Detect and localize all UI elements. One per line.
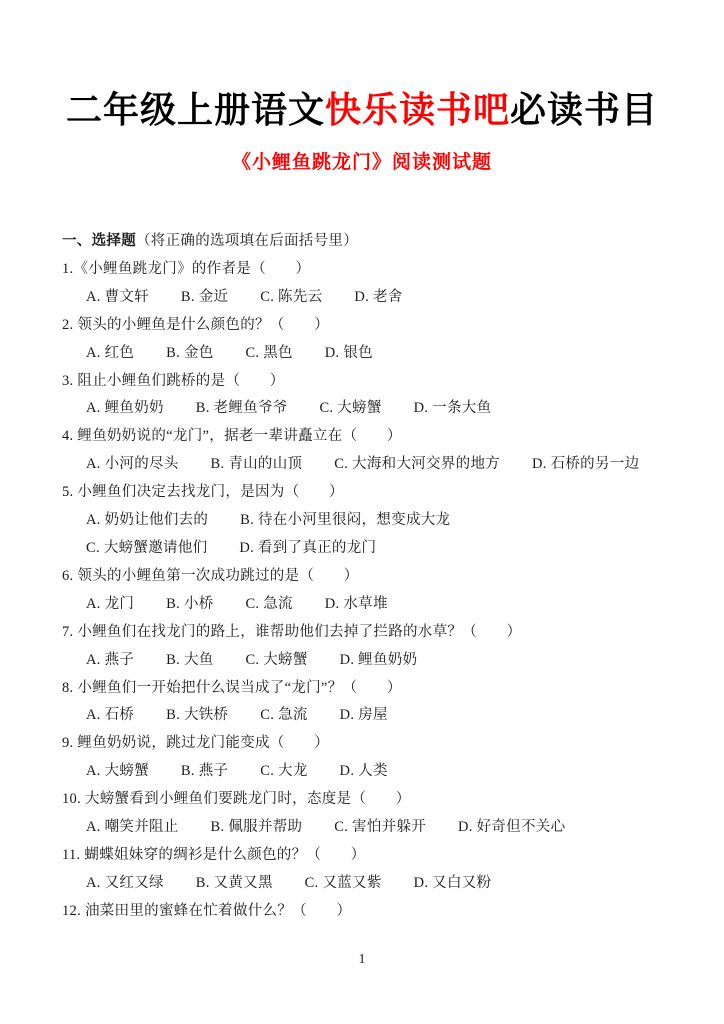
- option: D. 看到了真正的龙门: [239, 540, 376, 556]
- option: C. 大螃蟹邀请他们: [86, 540, 207, 556]
- document-title: 二年级上册语文快乐读书吧必读书目: [0, 0, 724, 130]
- option: B. 大铁桥: [166, 707, 228, 723]
- option: A. 鲤鱼奶奶: [86, 400, 164, 416]
- option: C. 陈先云: [260, 289, 322, 305]
- option: A. 龙门: [86, 596, 134, 612]
- option: D. 鲤鱼奶奶: [340, 652, 418, 668]
- question-text: 8. 小鲤鱼们一开始把什么误当成了“龙门”？（ ）: [62, 675, 684, 703]
- option: B. 金近: [181, 289, 228, 305]
- option: C. 黑色: [245, 345, 292, 361]
- option-line: C. 大螃蟹邀请他们D. 看到了真正的龙门: [62, 535, 684, 563]
- option: A. 嘲笑并阻止: [86, 819, 179, 835]
- option: B. 金色: [166, 345, 213, 361]
- option: A. 大螃蟹: [86, 763, 149, 779]
- question-text: 5. 小鲤鱼们决定去找龙门，是因为（ ）: [62, 479, 684, 507]
- option: B. 大鱼: [166, 652, 213, 668]
- option: D. 银色: [325, 345, 373, 361]
- option-line: A. 曹文轩B. 金近C. 陈先云D. 老舍: [62, 284, 684, 312]
- question-text: 12. 油菜田里的蜜蜂在忙着做什么？（ ）: [62, 898, 684, 926]
- question-text: 10. 大螃蟹看到小鲤鱼们要跳龙门时，态度是（ ）: [62, 786, 684, 814]
- option: C. 害怕并躲开: [334, 819, 426, 835]
- option: B. 青山的山顶: [211, 456, 303, 472]
- section-instruction: （将正确的选项填在后面括号里）: [136, 233, 358, 249]
- option: D. 好奇但不关心: [458, 819, 565, 835]
- option: C. 大龙: [260, 763, 307, 779]
- option: B. 又黄又黑: [196, 875, 273, 891]
- question-text: 6. 领头的小鲤鱼第一次成功跳过的是（ ）: [62, 563, 684, 591]
- option: B. 燕子: [181, 763, 228, 779]
- option-line: A. 石桥B. 大铁桥C. 急流D. 房屋: [62, 702, 684, 730]
- option: C. 又蓝又紫: [305, 875, 382, 891]
- option: D. 水草堆: [325, 596, 388, 612]
- section-label: 一、选择题: [62, 233, 136, 249]
- option: A. 石桥: [86, 707, 134, 723]
- option: B. 待在小河里很闷，想变成大龙: [240, 512, 450, 528]
- question-text: 2. 领头的小鲤鱼是什么颜色的？（ ）: [62, 312, 684, 340]
- option: C. 急流: [260, 707, 307, 723]
- question-text: 9. 鲤鱼奶奶说，跳过龙门能变成（ ）: [62, 730, 684, 758]
- option: A. 燕子: [86, 652, 134, 668]
- option-line: A. 红色B. 金色C. 黑色D. 银色: [62, 340, 684, 368]
- option: D. 石桥的另一边: [532, 456, 639, 472]
- option: B. 佩服并帮助: [211, 819, 303, 835]
- section-heading: 一、选择题（将正确的选项填在后面括号里）: [62, 228, 684, 256]
- option: D. 老舍: [354, 289, 402, 305]
- option-line: A. 小河的尽头B. 青山的山顶C. 大海和大河交界的地方D. 石桥的另一边: [62, 451, 684, 479]
- option: C. 大海和大河交界的地方: [334, 456, 500, 472]
- option-line: A. 鲤鱼奶奶B. 老鲤鱼爷爷C. 大螃蟹D. 一条大鱼: [62, 395, 684, 423]
- option: D. 人类: [340, 763, 388, 779]
- option-line: A. 嘲笑并阻止B. 佩服并帮助C. 害怕并躲开D. 好奇但不关心: [62, 814, 684, 842]
- title-part-highlight: 快乐读书吧: [325, 89, 510, 130]
- title-part-1: 二年级上册语文: [66, 89, 325, 130]
- option-line: A. 大螃蟹B. 燕子C. 大龙D. 人类: [62, 758, 684, 786]
- question-text: 3. 阻止小鲤鱼们跳桥的是（ ）: [62, 368, 684, 396]
- question-text: 1.《小鲤鱼跳龙门》的作者是（ ）: [62, 256, 684, 284]
- option: A. 奶奶让他们去的: [86, 512, 208, 528]
- question-section: 一、选择题（将正确的选项填在后面括号里） 1.《小鲤鱼跳龙门》的作者是（ ）A.…: [62, 228, 684, 926]
- option: D. 房屋: [340, 707, 388, 723]
- option-line: A. 燕子B. 大鱼C. 大螃蟹D. 鲤鱼奶奶: [62, 647, 684, 675]
- question-text: 7. 小鲤鱼们在找龙门的路上，谁帮助他们去掉了拦路的水草？（ ）: [62, 619, 684, 647]
- option: A. 又红又绿: [86, 875, 164, 891]
- page-number: 1: [0, 952, 724, 968]
- questions-list: 1.《小鲤鱼跳龙门》的作者是（ ）A. 曹文轩B. 金近C. 陈先云D. 老舍2…: [62, 256, 684, 926]
- document-page: 二年级上册语文快乐读书吧必读书目 《小鲤鱼跳龙门》阅读测试题 一、选择题（将正确…: [0, 0, 724, 1024]
- option: B. 老鲤鱼爷爷: [196, 400, 288, 416]
- option: B. 小桥: [166, 596, 213, 612]
- question-text: 11. 蝴蝶姐妹穿的绸衫是什么颜色的？（ ）: [62, 842, 684, 870]
- option-line: A. 奶奶让他们去的B. 待在小河里很闷，想变成大龙: [62, 507, 684, 535]
- option: C. 急流: [245, 596, 292, 612]
- question-text: 4. 鲤鱼奶奶说的“龙门”，据老一辈讲矗立在（ ）: [62, 423, 684, 451]
- title-part-2: 必读书目: [510, 89, 658, 130]
- option: D. 又白又粉: [414, 875, 492, 891]
- document-subtitle: 《小鲤鱼跳龙门》阅读测试题: [0, 152, 724, 174]
- option: C. 大螃蟹: [245, 652, 307, 668]
- option: D. 一条大鱼: [414, 400, 492, 416]
- option-line: A. 龙门B. 小桥C. 急流D. 水草堆: [62, 591, 684, 619]
- option: A. 红色: [86, 345, 134, 361]
- option: C. 大螃蟹: [319, 400, 381, 416]
- option: A. 小河的尽头: [86, 456, 179, 472]
- option: A. 曹文轩: [86, 289, 149, 305]
- option-line: A. 又红又绿B. 又黄又黑C. 又蓝又紫D. 又白又粉: [62, 870, 684, 898]
